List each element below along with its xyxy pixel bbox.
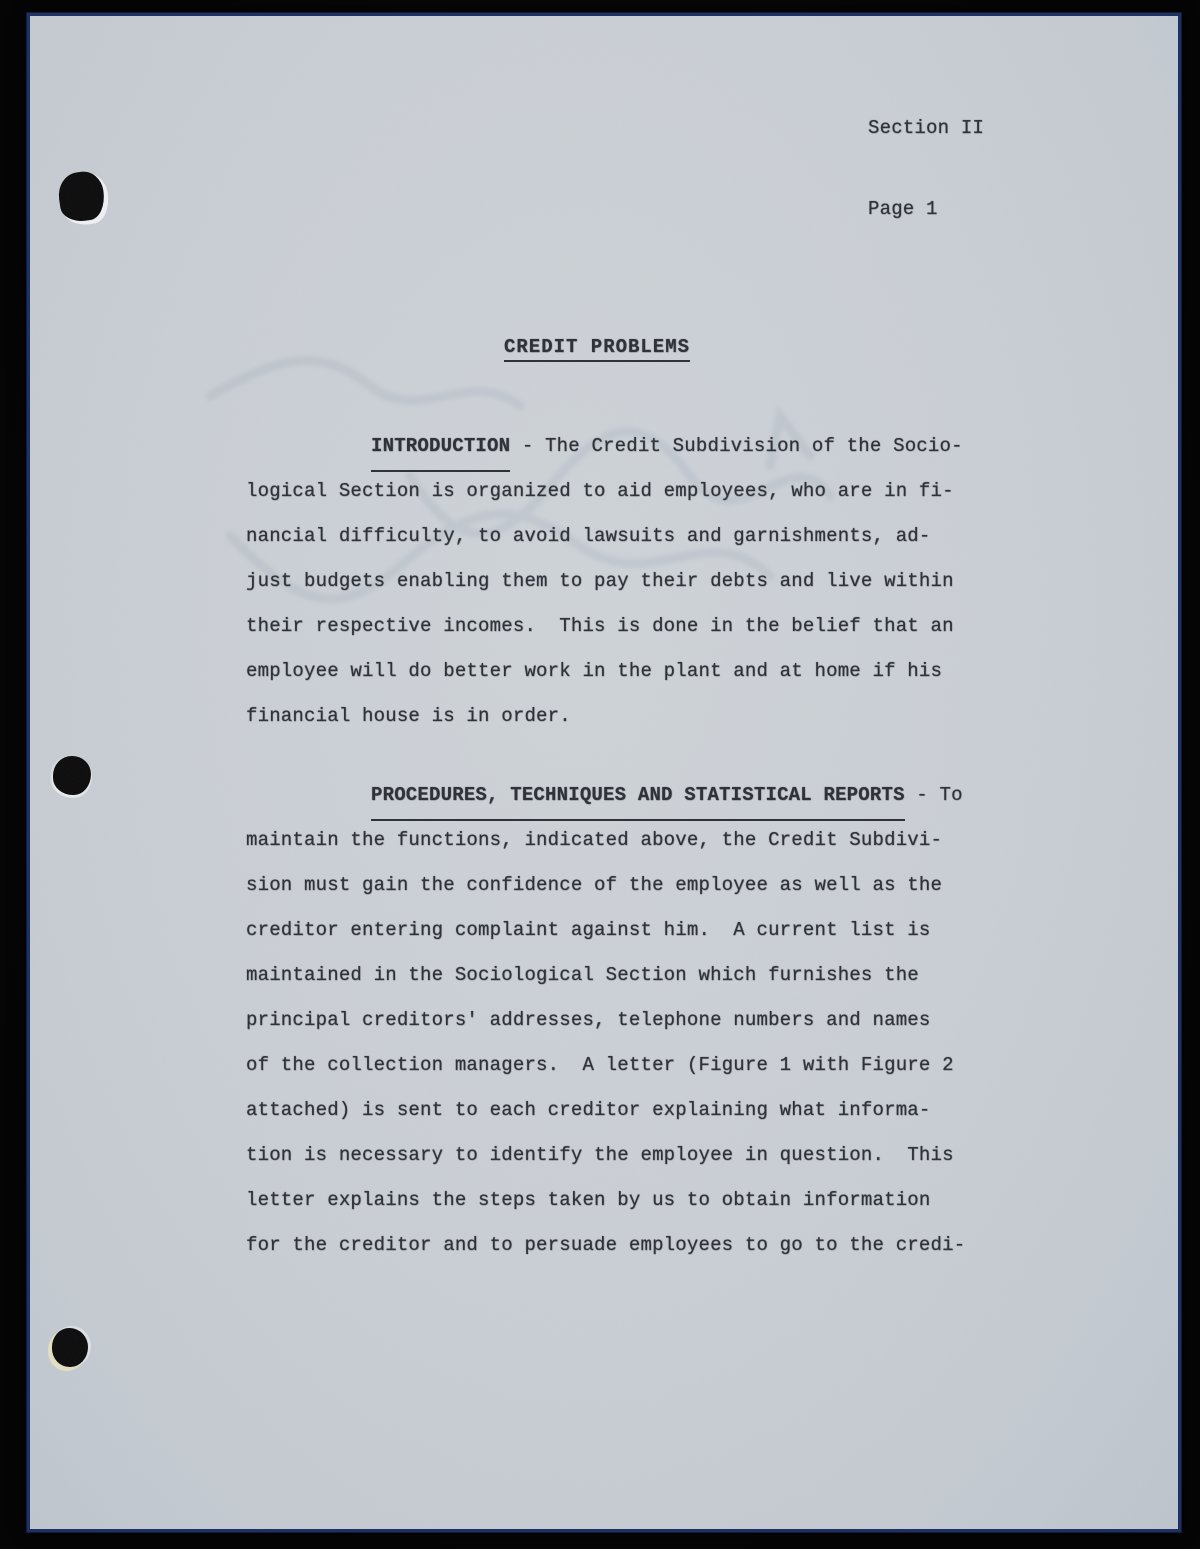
paragraph-procedures: PROCEDURES, TECHNIQUES AND STATISTICAL R… — [246, 773, 976, 1268]
scan-background: Section II Page 1 CREDIT PROBLEMS INTROD… — [0, 0, 1200, 1549]
typed-line: for the creditor and to persuade employe… — [246, 1223, 976, 1268]
typed-line: maintained in the Sociological Section w… — [246, 953, 976, 998]
typed-line: just budgets enabling them to pay their … — [246, 559, 976, 604]
typed-line: nancial difficulty, to avoid lawsuits an… — [246, 514, 976, 559]
page-number-label: Page 1 — [868, 196, 984, 223]
punch-hole-bottom — [52, 1328, 88, 1367]
paragraph-introduction: INTRODUCTION - The Credit Subdivision of… — [246, 424, 976, 739]
typed-line: maintain the functions, indicated above,… — [246, 818, 976, 863]
punch-hole-top — [56, 169, 107, 224]
section-label: Section II — [868, 115, 984, 142]
document-title: CREDIT PROBLEMS — [246, 336, 948, 362]
typed-line: creditor entering complaint against him.… — [246, 908, 976, 953]
typed-line: sion must gain the confidence of the emp… — [246, 863, 976, 908]
typed-line: attached) is sent to each creditor expla… — [246, 1088, 976, 1133]
typed-line: PROCEDURES, TECHNIQUES AND STATISTICAL R… — [246, 773, 976, 818]
punch-hole-middle — [53, 756, 91, 795]
typed-line: tion is necessary to identify the employ… — [246, 1133, 976, 1178]
document-page: Section II Page 1 CREDIT PROBLEMS INTROD… — [27, 13, 1181, 1532]
typed-line: logical Section is organized to aid empl… — [246, 469, 976, 514]
typed-line: employee will do better work in the plan… — [246, 649, 976, 694]
typed-line: INTRODUCTION - The Credit Subdivision of… — [246, 424, 976, 469]
typed-line: of the collection managers. A letter (Fi… — [246, 1043, 976, 1088]
typed-line: financial house is in order. — [246, 694, 976, 739]
typed-line: letter explains the steps taken by us to… — [246, 1178, 976, 1223]
page-header: Section II Page 1 — [868, 61, 984, 277]
typed-line: their respective incomes. This is done i… — [246, 604, 976, 649]
typed-line: principal creditors' addresses, telephon… — [246, 998, 976, 1043]
paragraph-heading: INTRODUCTION — [371, 424, 510, 472]
paragraph-heading: PROCEDURES, TECHNIQUES AND STATISTICAL R… — [371, 773, 905, 821]
